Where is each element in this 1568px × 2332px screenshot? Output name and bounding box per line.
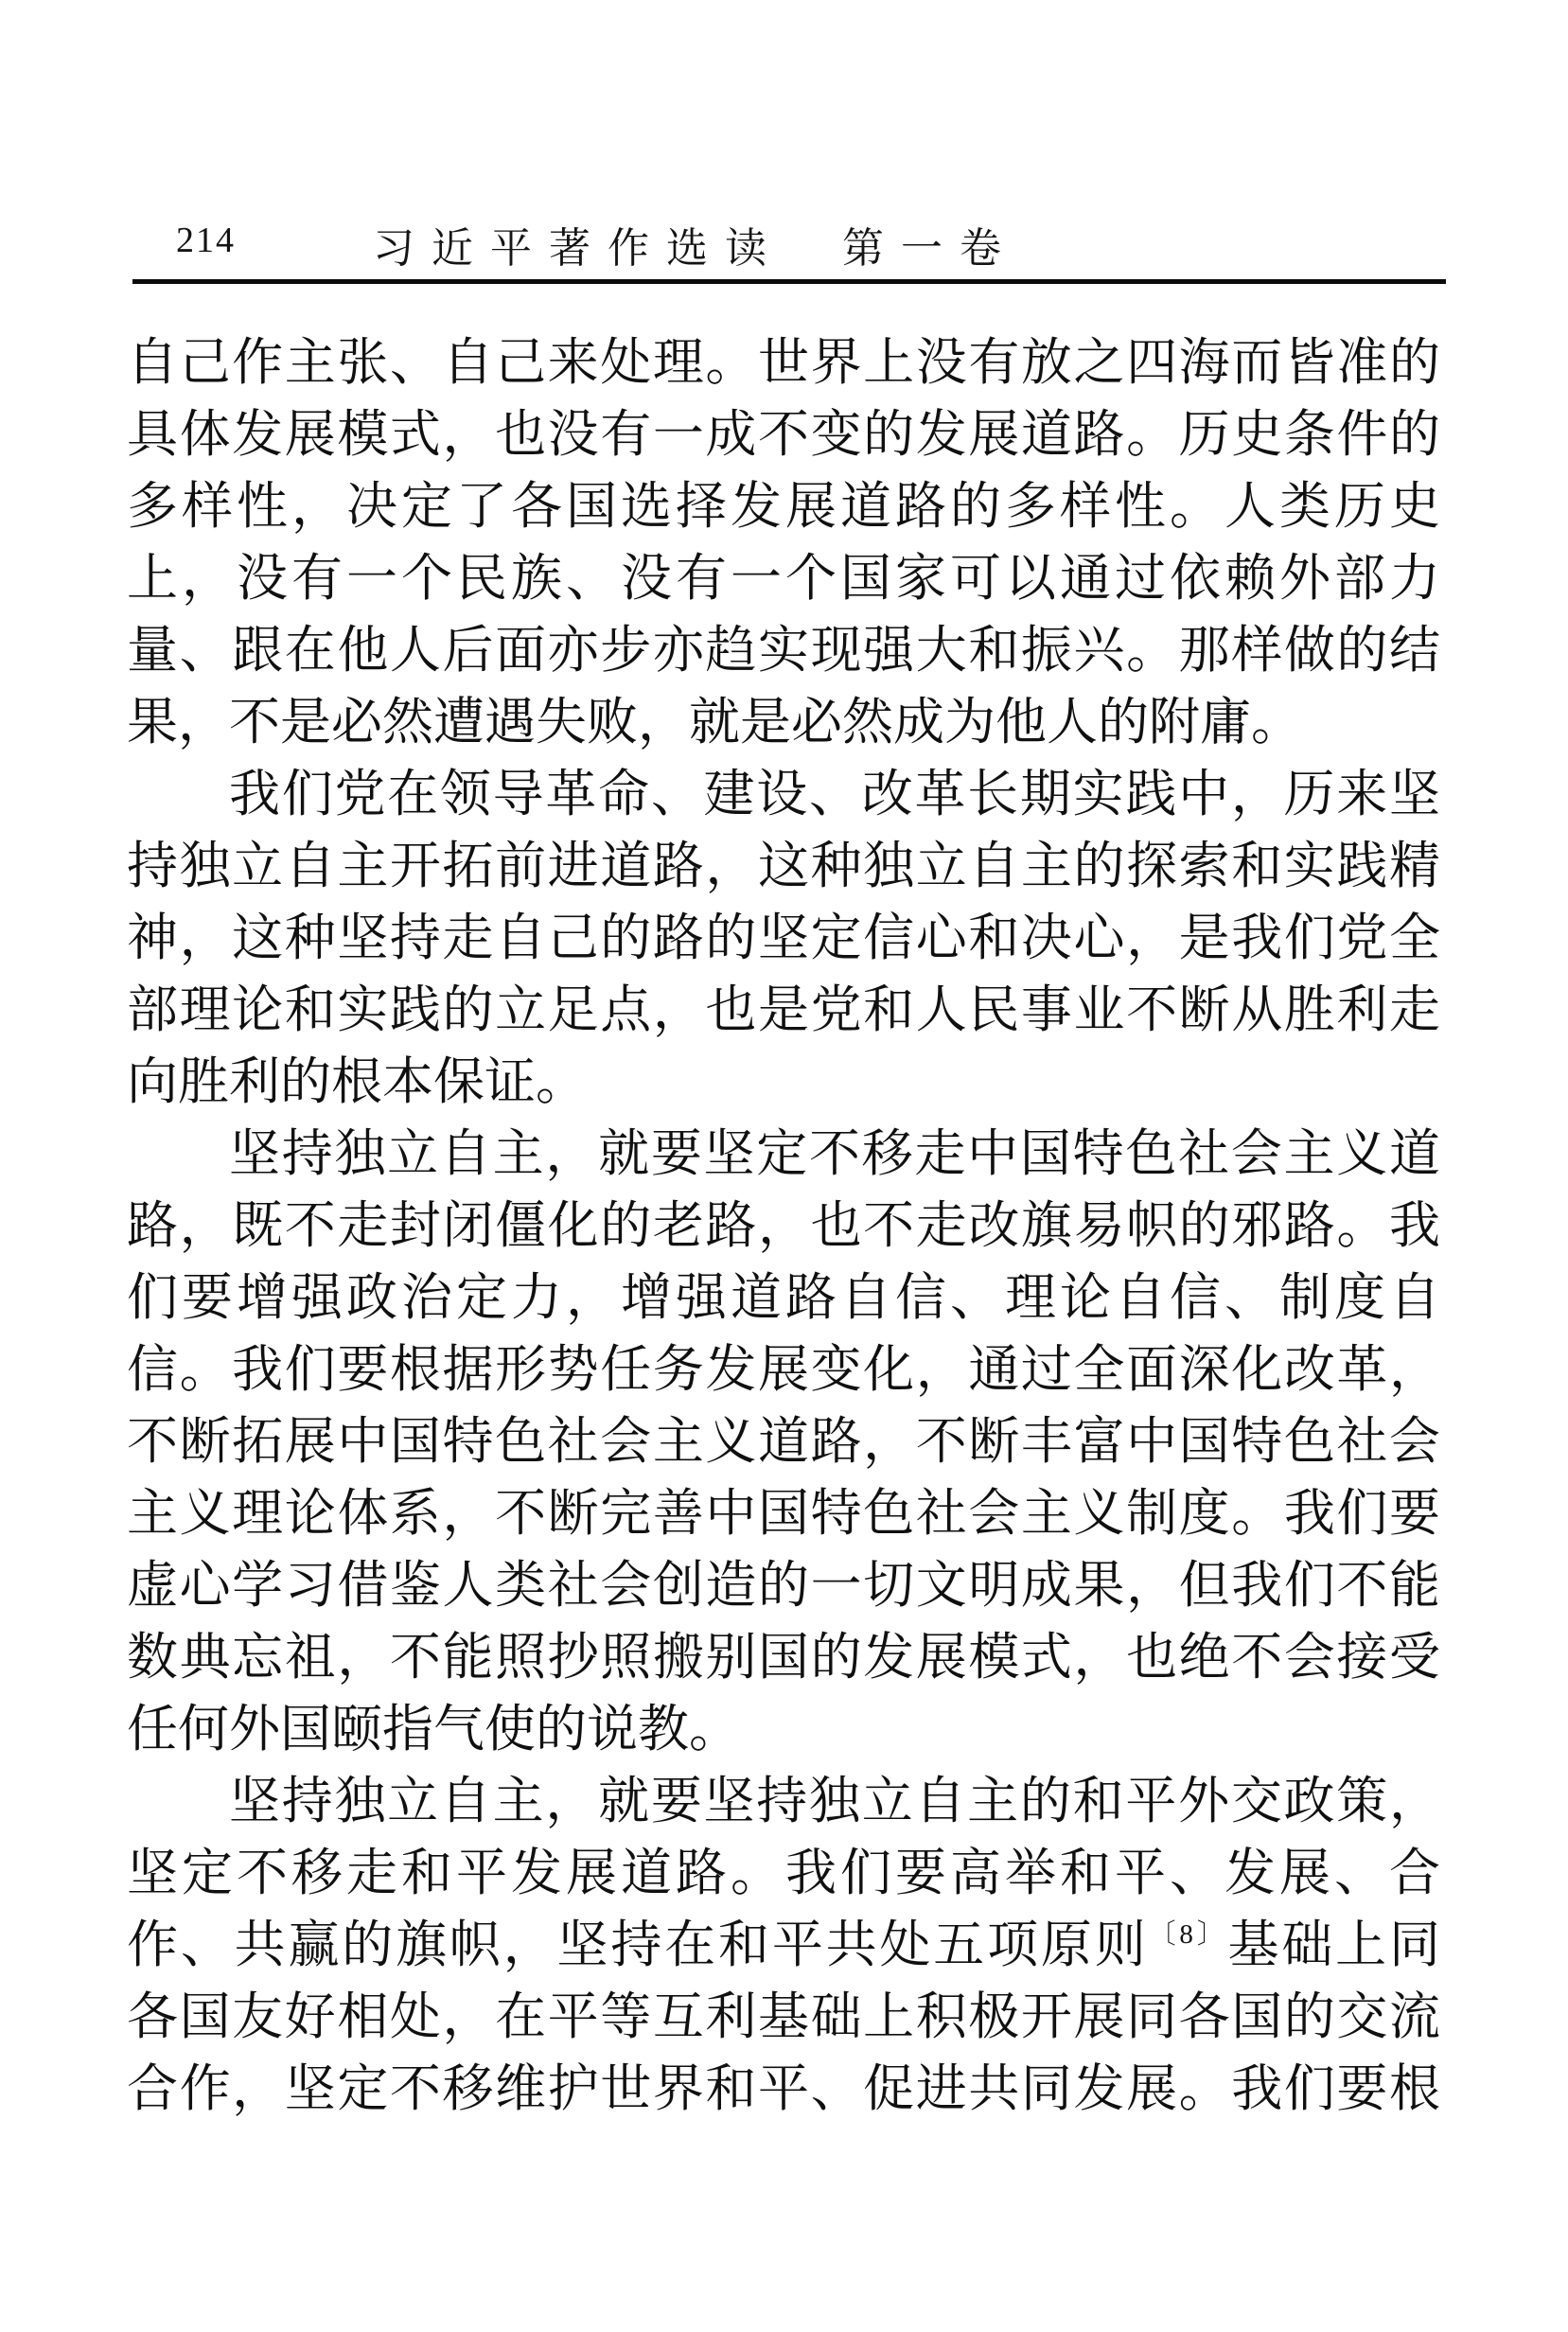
book-page: 214 习近平著作选读 第一卷 自己作主张、自己来处理。世界上没有放之四海而皆准… — [0, 0, 1568, 2332]
text-line: 主义理论体系，不断完善中国特色社会主义制度。我们要 — [127, 1477, 1440, 1549]
text-line: 信。我们要根据形势任务发展变化，通过全面深化改革， — [127, 1334, 1440, 1405]
text-line: 们要增强政治定力，增强道路自信、理论自信、制度自 — [127, 1262, 1440, 1334]
body-text: 自己作主张、自己来处理。世界上没有放之四海而皆准的 具体发展模式，也没有一成不变… — [127, 327, 1440, 2125]
text-line: 坚定不移走和平发展道路。我们要高举和平、发展、合 — [127, 1837, 1440, 1909]
text-line: 神，这种坚持走自己的路的坚定信心和决心，是我们党全 — [127, 902, 1440, 974]
paragraph: 我们党在领导革命、建设、改革长期实践中，历来坚 持独立自主开拓前进道路，这种独立… — [127, 758, 1440, 1118]
paragraph: 坚持独立自主，就要坚定不移走中国特色社会主义道 路，既不走封闭僵化的老路，也不走… — [127, 1118, 1440, 1765]
text-line: 多样性，决定了各国选择发展道路的多样性。人类历史 — [127, 470, 1440, 542]
text-line: 作、共赢的旗帜，坚持在和平共处五项原则〔8〕基础上同 — [127, 1909, 1440, 1981]
text-line: 量、跟在他人后面亦步亦趋实现强大和振兴。那样做的结 — [127, 614, 1440, 686]
text-line: 我们党在领导革命、建设、改革长期实践中，历来坚 — [127, 758, 1440, 830]
footnote-ref: 〔8〕 — [1149, 1919, 1228, 1950]
page-number: 214 — [176, 220, 236, 261]
text-line: 数典忘祖，不能照抄照搬别国的发展模式，也绝不会接受 — [127, 1621, 1440, 1693]
text-line: 虚心学习借鉴人类社会创造的一切文明成果，但我们不能 — [127, 1549, 1440, 1621]
text-line: 上，没有一个民族、没有一个国家可以通过依赖外部力 — [127, 542, 1440, 614]
running-head-title: 习近平著作选读 第一卷 — [373, 214, 1018, 274]
text-line: 坚持独立自主，就要坚定不移走中国特色社会主义道 — [127, 1118, 1440, 1190]
text-segment: 基础上同 — [1228, 1917, 1440, 1973]
text-line: 自己作主张、自己来处理。世界上没有放之四海而皆准的 — [127, 327, 1440, 398]
text-line: 任何外国颐指气使的说教。 — [127, 1693, 1440, 1765]
text-line: 持独立自主开拓前进道路，这种独立自主的探索和实践精 — [127, 830, 1440, 902]
paragraph: 自己作主张、自己来处理。世界上没有放之四海而皆准的 具体发展模式，也没有一成不变… — [127, 327, 1440, 758]
text-line: 坚持独立自主，就要坚持独立自主的和平外交政策， — [127, 1765, 1440, 1837]
text-line: 各国友好相处，在平等互利基础上积极开展同各国的交流 — [127, 1981, 1440, 2053]
text-line: 不断拓展中国特色社会主义道路，不断丰富中国特色社会 — [127, 1405, 1440, 1477]
text-line: 向胜利的根本保证。 — [127, 1046, 1440, 1118]
header-rule — [132, 279, 1446, 284]
paragraph: 坚持独立自主，就要坚持独立自主的和平外交政策， 坚定不移走和平发展道路。我们要高… — [127, 1765, 1440, 2125]
text-line: 具体发展模式，也没有一成不变的发展道路。历史条件的 — [127, 398, 1440, 470]
text-line: 部理论和实践的立足点，也是党和人民事业不断从胜利走 — [127, 974, 1440, 1046]
text-line: 果，不是必然遭遇失败，就是必然成为他人的附庸。 — [127, 686, 1440, 758]
text-segment: 作、共赢的旗帜，坚持在和平共处五项原则 — [127, 1917, 1149, 1973]
text-line: 合作，坚定不移维护世界和平、促进共同发展。我们要根 — [127, 2053, 1440, 2125]
text-line: 路，既不走封闭僵化的老路，也不走改旗易帜的邪路。我 — [127, 1190, 1440, 1262]
